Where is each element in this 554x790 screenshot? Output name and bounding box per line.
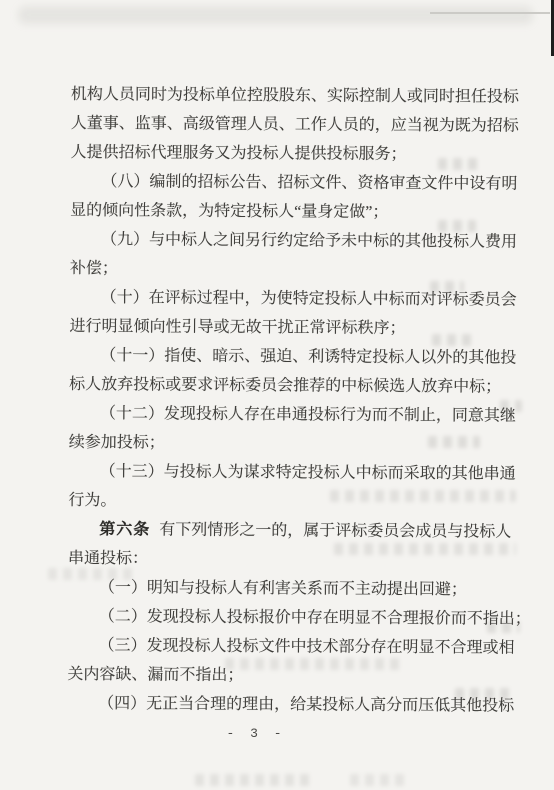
- list-item-4-line: （四）无正当合理的理由，给某投标人高分而压低其他投标: [67, 689, 519, 721]
- document-body: 机构人员同时为投标单位控股股东、实际控制人或同时担任投标 人董事、监事、高级管理…: [67, 80, 523, 721]
- bleedthrough-mark: [350, 774, 410, 786]
- list-item-13-line: （十三）与投标人为谋求特定投标人中标而采取的其他串通: [69, 457, 521, 489]
- page-number: - 3 -: [226, 726, 285, 741]
- scan-shadow-band: [18, 6, 533, 24]
- text-line: 人董事、监事、高级管理人员、工作人员的，应当视为既为招标: [71, 109, 523, 141]
- list-item-3-line: （三）发现投标人投标文件中技术部分存在明显不合理或相: [67, 631, 519, 663]
- text-line: 关内容缺、漏而不指出；: [67, 660, 519, 692]
- list-item-11-line: （十一）指使、暗示、强迫、利诱特定投标人以外的其他投: [69, 341, 521, 373]
- list-item-9-line: （九）与中标人之间另行约定给予未中标的其他投标人费用: [70, 225, 522, 257]
- scanned-document-page: 机构人员同时为投标单位控股股东、实际控制人或同时担任投标 人董事、监事、高级管理…: [0, 0, 554, 790]
- bleedthrough-mark: [195, 774, 315, 786]
- article-number: 第六条: [99, 521, 150, 538]
- list-item-8-line: （八）编制的招标公告、招标文件、资格审查文件中设有明: [70, 167, 522, 199]
- page-footer: - 3 -: [0, 726, 512, 741]
- text-line: 标人放弃投标或要求评标委员会推荐的中标候选人放弃中标；: [69, 370, 521, 402]
- text-line: 进行明显倾向性引导或无故干扰正常评标秩序；: [69, 312, 521, 344]
- text-line: 续参加投标；: [69, 428, 521, 460]
- text-line: 人提供招标代理服务又为投标人提供投标服务；: [70, 138, 522, 170]
- list-item-1-line: （一）明知与投标人有利害关系而不主动提出回避；: [68, 573, 520, 605]
- text-line: 行为。: [68, 486, 520, 518]
- scan-hairline: [430, 12, 550, 14]
- list-item-2-line: （二）发现投标人投标报价中存在明显不合理报价而不指出；: [68, 602, 520, 634]
- list-item-12-line: （十二）发现投标人存在串通投标行为而不制止，同意其继: [69, 399, 521, 431]
- text-line: 显的倾向性条款，为特定投标人“量身定做”；: [70, 196, 522, 228]
- text-line: 串通投标：: [68, 544, 520, 576]
- article-6-heading-line: 第六条有下列情形之一的，属于评标委员会成员与投标人: [68, 515, 520, 547]
- text-line: 机构人员同时为投标单位控股股东、实际控制人或同时担任投标: [71, 80, 523, 112]
- list-item-10-line: （十）在评标过程中，为使特定投标人中标而对评标委员会: [70, 283, 522, 315]
- article-heading-text: 有下列情形之一的，属于评标委员会成员与投标人: [159, 522, 511, 541]
- text-line: 补偿；: [70, 254, 522, 286]
